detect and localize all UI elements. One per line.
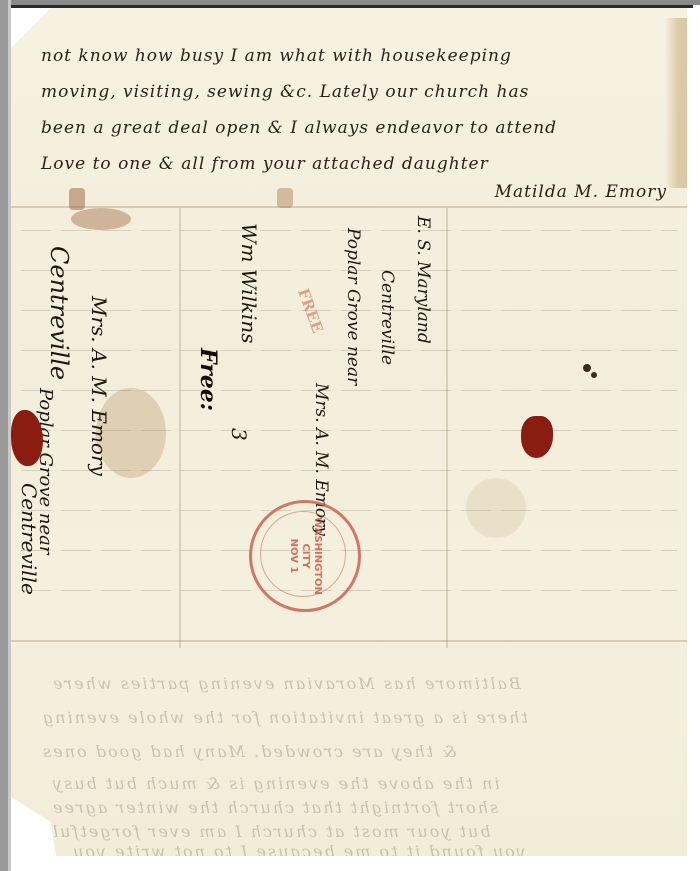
ink-stain — [69, 188, 85, 210]
notation: 3 — [227, 428, 251, 441]
signature: Matilda M. Emory — [495, 182, 667, 202]
postmark-city: WASHINGTON CITY — [299, 517, 323, 595]
fold-line-bottom — [11, 640, 687, 642]
postmark-text: WASHINGTON CITY NOV 1 — [287, 517, 323, 595]
letter-line-4: Love to one & all from your attached dau… — [41, 154, 489, 174]
water-stain — [466, 478, 526, 538]
fold-line-top — [11, 206, 687, 208]
recipient-line-3: Centreville — [377, 270, 397, 365]
bleed-line-3: & they are crowded. Many had good ones — [41, 742, 456, 761]
scanner-frame-edge — [8, 5, 693, 8]
frank-label: Free: — [195, 348, 221, 411]
recipient-line-4: E. S. Maryland — [413, 216, 433, 344]
scanner-frame-left-inner — [8, 0, 11, 871]
bleed-line-6: but your most at church I am ever forget… — [51, 822, 491, 841]
letter-line-2: moving, visiting, sewing &c. Lately our … — [41, 82, 529, 102]
frank-signature: Wm Wilkins — [237, 223, 261, 344]
ink-stain — [71, 208, 131, 230]
recipient-line-2: Poplar Grove near — [343, 228, 363, 385]
letter-sheet: not know how busy I am what with houseke… — [11, 8, 687, 856]
fold-line-right — [446, 208, 448, 648]
left-panel-line-1: Centreville — [45, 246, 73, 380]
bleed-line-7: you found it to me because I to not writ… — [71, 842, 526, 861]
postmark-date: NOV 1 — [287, 517, 299, 595]
wax-seal-right — [521, 416, 553, 458]
ink-speck — [591, 372, 597, 378]
ruled-line — [21, 510, 677, 511]
bleed-line-5: short fortnight that church the winter a… — [51, 798, 498, 817]
left-panel-line-2: Mrs. A. M. Emory — [87, 296, 111, 476]
left-panel-line-4: Centreville — [17, 483, 41, 595]
bleed-line-4: in the above the evening is & much but b… — [51, 774, 500, 793]
ink-stain — [277, 188, 293, 208]
edge-stain — [665, 18, 687, 188]
bleed-line-1: Baltimore has Moravian evening parties w… — [51, 674, 521, 693]
washington-city-postmark: WASHINGTON CITY NOV 1 — [249, 500, 361, 612]
letter-line-1: not know how busy I am what with houseke… — [41, 46, 512, 66]
letter-line-3: been a great deal open & I always endeav… — [41, 118, 557, 138]
scanner-frame-left — [0, 0, 8, 871]
ink-speck — [583, 364, 591, 372]
fold-line-left — [179, 208, 181, 648]
bleed-line-2: there is a great invitation for the whol… — [41, 708, 528, 727]
